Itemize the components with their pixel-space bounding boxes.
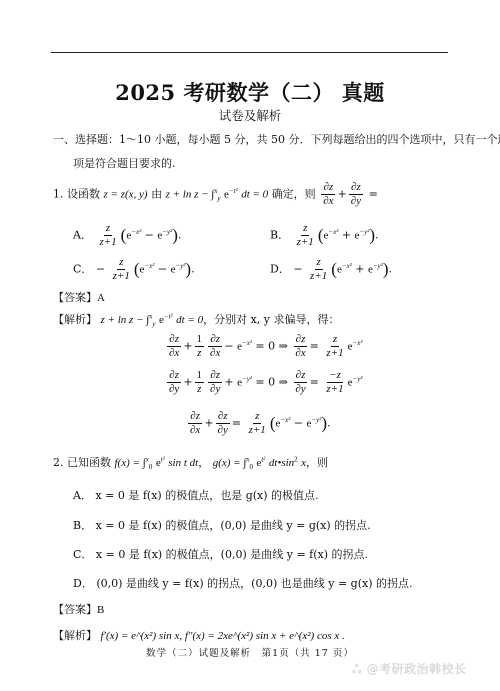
q1-answer: 【答案】A xyxy=(53,289,105,305)
q2-option-b: B． x = 0 是 f(x) 的极值点，(0,0) 是曲线 y = g(x) … xyxy=(73,517,371,533)
partial-z-y: ∂z∂y xyxy=(349,181,363,208)
q2-option-d: D． (0,0) 是曲线 y = f(x) 的拐点，(0,0) 也是曲线 y =… xyxy=(73,575,413,591)
question-1-stem: 1. 设函数 z = z(x, y) 由 z + ln z − ∫xy e−t²… xyxy=(53,181,378,208)
q1-option-a: A． zz+1(e−x² − e−y²). xyxy=(73,222,181,249)
q1-derivation-line1: ∂z∂x+1z∂z∂x− e−x² = 0 ⇒ ∂z∂x= zz+1e−x² xyxy=(165,333,362,360)
q1-analysis-intro: 【解析】 z + ln z − ∫xy e−t² dt = 0，分别对 x, y… xyxy=(53,311,340,328)
q2-option-a: A． x = 0 是 f(x) 的极值点，也是 g(x) 的极值点. xyxy=(73,487,319,503)
partial-z-x: ∂z∂x xyxy=(321,181,335,208)
q1-option-b: B． zz+1(e−x² + e−y²). xyxy=(270,222,379,249)
question-number: 1. xyxy=(53,188,64,201)
page-subtitle: 试卷及解析 xyxy=(0,106,500,124)
header-rule xyxy=(51,52,448,53)
watermark-logo-icon: ஃ xyxy=(352,662,362,676)
page-title: 2025 考研数学（二） 真题 xyxy=(0,77,500,107)
question-2-stem: 2. 已知函数 f(x) = ∫x0 et² sin t dt， g(x) = … xyxy=(53,454,328,471)
q1-derivation-line2: ∂z∂y+1z∂z∂y+ e−y² = 0 ⇒ ∂z∂y= −zz+1e−y² xyxy=(165,369,362,396)
q1-option-d: D． − zz+1(e−x² + e−y²). xyxy=(270,256,392,283)
q1-derivation-result: ∂z∂x+∂z∂y= zz+1(e−x² − e−y²). xyxy=(186,410,331,437)
q2-option-c: C． x = 0 是 f(x) 的极值点，(0,0) 是曲线 y = f(x) … xyxy=(73,546,368,562)
watermark: ஃ @考研政治韩校长 xyxy=(352,660,467,678)
q1-option-c: C． − zz+1(e−x² − e−y²). xyxy=(73,256,195,283)
section-heading-line2: 项是符合题目要求的. xyxy=(73,155,176,171)
page-footer: 数学（二）试题及解析 第1页（共 17 页） xyxy=(0,645,500,659)
section-heading-line1: 一、选择题：1～10 小题，每小题 5 分，共 50 分．下列每题给出的四个选项… xyxy=(53,131,500,147)
q2-answer: 【答案】B xyxy=(53,601,104,617)
question-number: 2. xyxy=(53,456,64,469)
q2-analysis: 【解析】 f′(x) = e^(x²) sin x, f″(x) = 2xe^(… xyxy=(53,627,345,643)
